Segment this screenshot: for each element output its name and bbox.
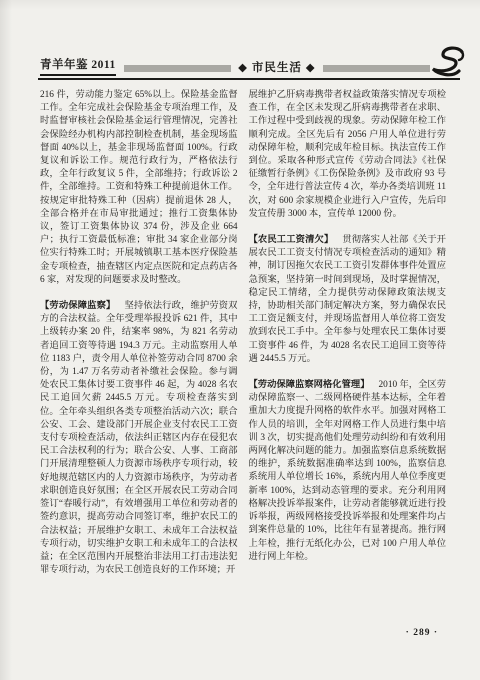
right-column: 展维护乙肝病毒携带者权益政策落实情况专项检查工作，在全区未发现乙肝病毒携带者在求… bbox=[249, 89, 447, 577]
entry-heading: 【农民工工资清欠】 bbox=[249, 235, 343, 245]
entry-paragraph: 【劳动保障监察】坚持依法行政，维护劳资双方的合法权益。全年受理举报投诉 621 … bbox=[40, 300, 238, 577]
ornament-flourish-icon bbox=[428, 46, 466, 80]
paragraph-text: 2010 年，全区劳动保障监察一、二级网格硬件基本达标，全年着重加大力度提升网格… bbox=[249, 380, 447, 562]
text-columns: 216 件，劳动能力鉴定 65%以上。保险基金监督工作。全年完成社会保险基金专项… bbox=[40, 89, 446, 577]
paragraph-text: 216 件，劳动能力鉴定 65%以上。保险基金监督工作。全年完成社会保险基金专项… bbox=[40, 90, 238, 285]
left-column: 216 件，劳动能力鉴定 65%以上。保险基金监督工作。全年完成社会保险基金专项… bbox=[40, 89, 238, 577]
entry-paragraph: 【劳动保障监察网格化管理】2010 年，全区劳动保障监察一、二级网格硬件基本达标… bbox=[249, 379, 447, 564]
page-header: 青羊年鉴 2011 ◆ 市民生活 ◆ bbox=[40, 54, 430, 76]
yearbook-title: 青羊年鉴 2011 bbox=[40, 56, 116, 76]
paragraph-text: 贯彻落实人社部《关于开展农民工工资支付情况专项检查活动的通知》精神，制订因拖欠农… bbox=[249, 235, 447, 364]
scan-shadow-left bbox=[0, 0, 12, 680]
entry-paragraph: 【农民工工资清欠】贯彻落实人社部《关于开展农民工工资支付情况专项检查活动的通知》… bbox=[249, 234, 447, 366]
paragraph-continuation: 展维护乙肝病毒携带者权益政策落实情况专项检查工作，在全区未发现乙肝病毒携带者在求… bbox=[249, 89, 447, 221]
page-footer: · 289 · bbox=[406, 628, 438, 638]
header-bar bbox=[124, 65, 231, 72]
paragraph-text: 坚持依法行政，维护劳资双方的合法权益。全年受理举报投诉 621 件，其中上级转办… bbox=[40, 301, 238, 575]
header-bar bbox=[323, 65, 430, 72]
paragraph-text: 展维护乙肝病毒携带者权益政策落实情况专项检查工作，在全区未发现乙肝病毒携带者在求… bbox=[249, 90, 447, 219]
section-title: ◆ 市民生活 ◆ bbox=[238, 59, 315, 76]
scan-shadow-top bbox=[0, 0, 480, 10]
entry-heading: 【劳动保障监察网格化管理】 bbox=[249, 380, 379, 390]
header-rule bbox=[38, 78, 460, 80]
yearbook-page: 青羊年鉴 2011 ◆ 市民生活 ◆ 216 件，劳动能力鉴定 65%以上。保险… bbox=[0, 0, 480, 680]
entry-heading: 【劳动保障监察】 bbox=[40, 301, 124, 311]
paragraph-continuation: 216 件，劳动能力鉴定 65%以上。保险基金监督工作。全年完成社会保险基金专项… bbox=[40, 89, 238, 287]
page-number: · 289 · bbox=[406, 628, 438, 638]
